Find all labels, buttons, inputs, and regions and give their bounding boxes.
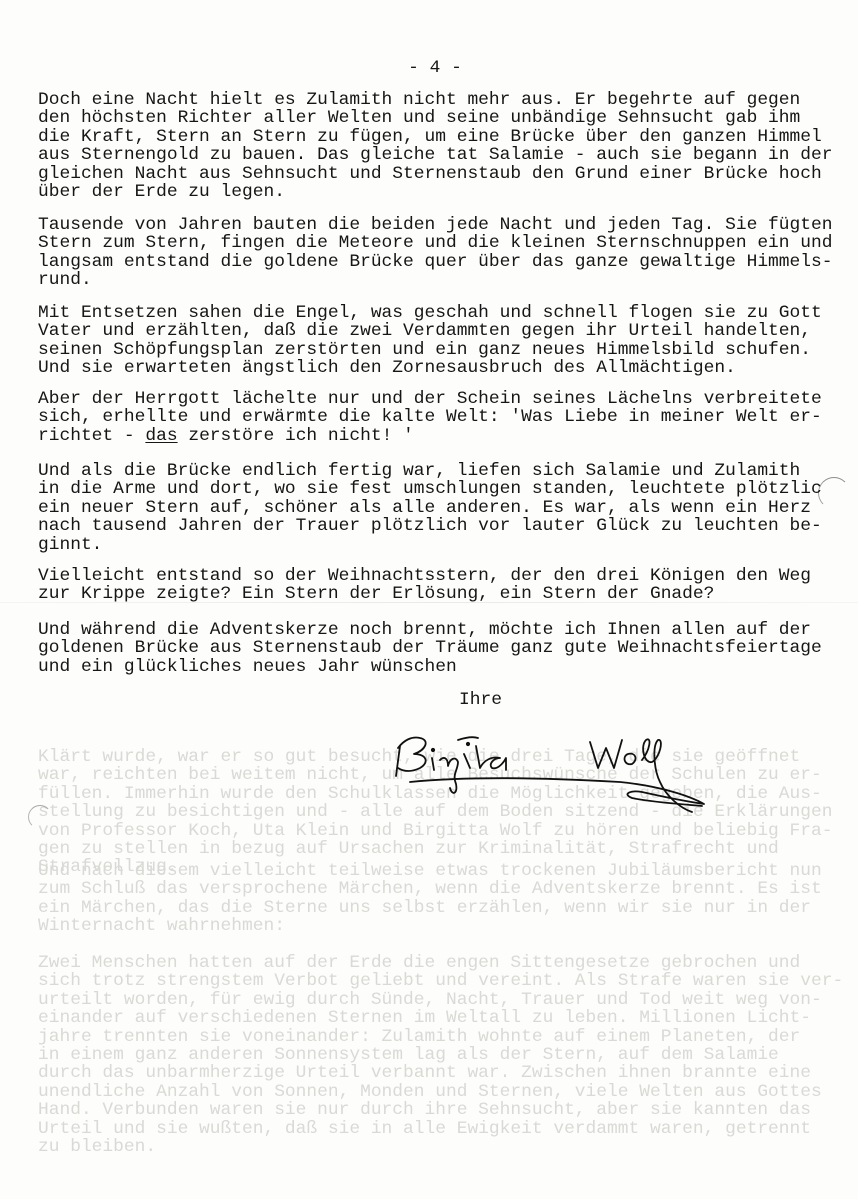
paragraph-1: Doch eine Nacht hielt es Zulamith nicht … — [38, 91, 838, 201]
text-line: nach tausend Jahren der Trauer plötzlich… — [38, 517, 838, 535]
page-number: - 4 - — [0, 58, 858, 78]
text-line: den höchsten Richter aller Welten und se… — [38, 109, 838, 127]
text-line: Stern zum Stern, fingen die Meteore und … — [38, 234, 838, 252]
paragraph-7: Und während die Adventskerze noch brennt… — [38, 621, 838, 676]
text-line: aus Sternengold zu bauen. Das gleiche ta… — [38, 146, 838, 164]
paragraph-2: Tausende von Jahren bauten die beiden je… — [38, 216, 838, 290]
text-line: Vater und erzählten, daß die zwei Verdam… — [38, 322, 838, 340]
text-line: langsam entstand die goldene Brücke quer… — [38, 253, 838, 271]
text-line: Und sie erwarteten ängstlich den Zornesa… — [38, 359, 838, 377]
text-line: rund. — [38, 271, 838, 289]
underlined-word: das — [145, 426, 177, 446]
paragraph-6: Vielleicht entstand so der Weihnachtsste… — [38, 567, 838, 604]
hole-punch-mark-left — [28, 805, 52, 829]
text-line: ginnt. — [38, 536, 838, 554]
text-line: in die Arme und dort, wo sie fest umschl… — [38, 480, 838, 498]
text-line: Doch eine Nacht hielt es Zulamith nicht … — [38, 91, 838, 109]
text-line: seinen Schöpfungsplan zerstörten und ein… — [38, 341, 838, 359]
text-line: ein neuer Stern auf, schöner als alle an… — [38, 499, 838, 517]
text-line: goldenen Brücke aus Sternenstaub der Trä… — [38, 639, 838, 657]
text-line: Und während die Adventskerze noch brennt… — [38, 621, 838, 639]
text-line: zur Krippe zeigte? Ein Stern der Erlösun… — [38, 585, 838, 603]
text-line: Tausende von Jahren bauten die beiden je… — [38, 216, 838, 234]
handwritten-signature: Birgitta Wolf — [360, 700, 760, 840]
text-line: Aber der Herrgott lächelte nur und der S… — [38, 390, 838, 408]
paragraph-4: Aber der Herrgott lächelte nur und der S… — [38, 390, 838, 445]
text-line: Mit Entsetzen sahen die Engel, was gesch… — [38, 304, 838, 322]
text-line: richtet - das zerstöre ich nicht! ' — [38, 427, 838, 445]
text-line: sich, erhellte und erwärmte die kalte We… — [38, 408, 838, 426]
paragraph-3: Mit Entsetzen sahen die Engel, was gesch… — [38, 304, 838, 378]
text-line: gleichen Nacht aus Sehnsucht und Sternen… — [38, 165, 838, 183]
text-line: die Kraft, Stern an Stern zu fügen, um e… — [38, 128, 838, 146]
text-line: und ein glückliches neues Jahr wünschen — [38, 658, 838, 676]
text-line: Und als die Brücke endlich fertig war, l… — [38, 462, 838, 480]
bleed-through-text-lower: Und nach diesem vielleicht teilweise etw… — [38, 862, 828, 1157]
text-line: über der Erde zu legen. — [38, 183, 838, 201]
letter-page: Klärt wurde, war er so gut besucht, wie … — [0, 0, 858, 1199]
text-line: Vielleicht entstand so der Weihnachtsste… — [38, 567, 838, 585]
paragraph-5: Und als die Brücke endlich fertig war, l… — [38, 462, 838, 554]
